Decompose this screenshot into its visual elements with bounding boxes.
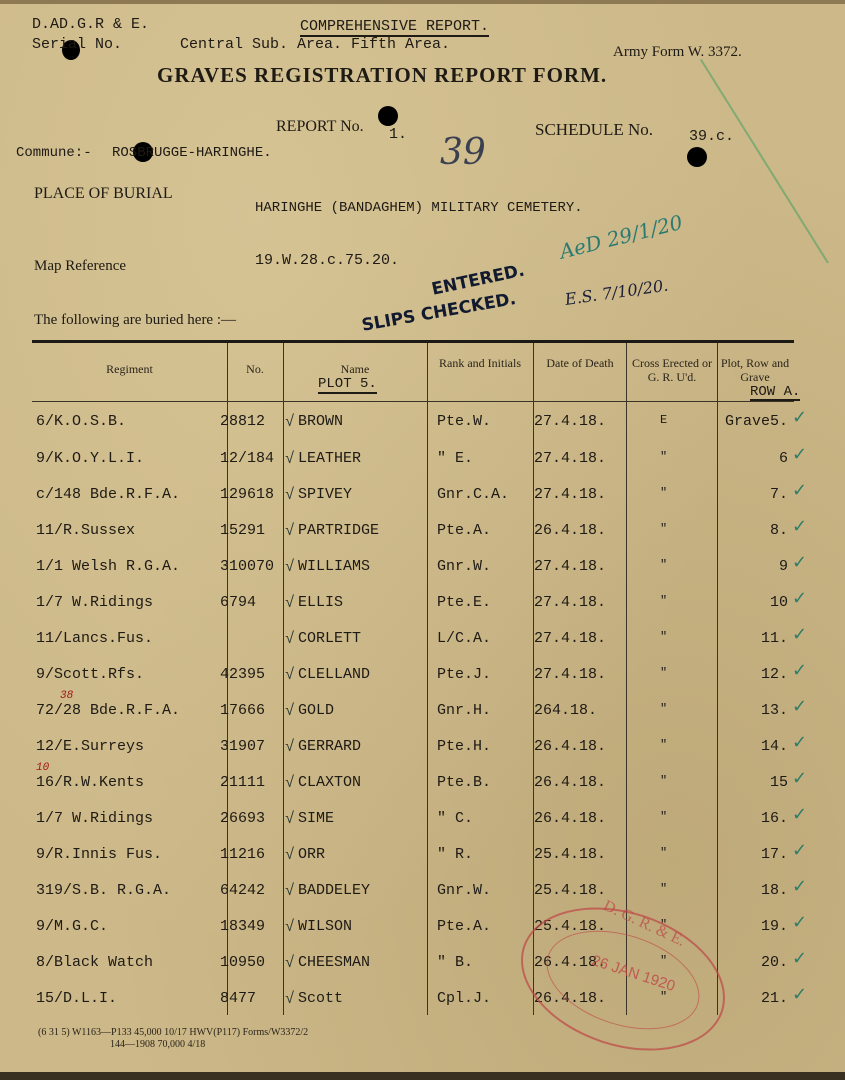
report-no-label: REPORT No.	[276, 118, 364, 136]
cell-regiment: 6/K.O.S.B.	[36, 413, 126, 430]
cell-rank: Pte.W.	[437, 413, 491, 430]
cell-rank: " B.	[437, 954, 473, 971]
cell-name: CORLETT	[298, 630, 361, 647]
cell-regiment: 12/E.Surreys	[36, 738, 144, 755]
cell-date: 25.4.18.	[534, 882, 606, 899]
commune: ROSBRUGGE-HARINGHE.	[112, 145, 272, 161]
cell-date: 26.4.18.	[534, 810, 606, 827]
cell-date: 27.4.18.	[534, 450, 606, 467]
check-mark-icon: √	[285, 990, 295, 1008]
check-mark-icon: √	[285, 630, 295, 648]
cell-grave: 8.	[720, 522, 788, 539]
form-title: GRAVES REGISTRATION REPORT FORM.	[157, 63, 607, 88]
cell-regiment: 16/R.W.Kents	[36, 774, 144, 791]
cell-name: WILSON	[298, 918, 352, 935]
cell-grave: Grave5.	[720, 413, 788, 430]
check-mark-icon: ✓	[792, 516, 807, 537]
cell-rank: L/C.A.	[437, 630, 491, 647]
cell-service-no: 31907	[220, 738, 265, 755]
cell-service-no: 10950	[220, 954, 265, 971]
check-mark-icon: ✓	[792, 876, 807, 897]
cell-rank: Pte.A.	[437, 918, 491, 935]
check-mark-icon: √	[285, 810, 295, 828]
map-reference-label: Map Reference	[34, 258, 126, 275]
check-mark-icon: √	[285, 702, 295, 720]
cell-date: 27.4.18.	[534, 666, 606, 683]
serial-label: Serial No.	[32, 36, 122, 53]
check-mark-icon: √	[285, 882, 295, 900]
report-type: COMPREHENSIVE REPORT.	[300, 18, 489, 37]
check-mark-icon: ✓	[792, 984, 807, 1005]
column-divider	[717, 343, 718, 1015]
check-mark-icon: ✓	[792, 696, 807, 717]
cell-service-no: 64242	[220, 882, 265, 899]
cell-cross: "	[660, 450, 667, 464]
check-mark-icon: ✓	[792, 407, 807, 428]
cell-name: BROWN	[298, 413, 343, 430]
cell-cross: "	[660, 666, 667, 680]
cell-cross: "	[660, 630, 667, 644]
place-of-burial-label: PLACE OF BURIAL	[34, 185, 173, 203]
plot-label: PLOT 5.	[318, 376, 377, 394]
cell-date: 27.4.18.	[534, 413, 606, 430]
regiment-correction: 10	[36, 762, 49, 774]
cell-date: 264.18.	[534, 702, 597, 719]
cell-rank: Pte.E.	[437, 594, 491, 611]
cell-service-no: 8477	[220, 990, 256, 1007]
cell-rank: Pte.H.	[437, 738, 491, 755]
cell-service-no: 18349	[220, 918, 265, 935]
cell-name: LEATHER	[298, 450, 361, 467]
check-mark-icon: ✓	[792, 840, 807, 861]
cell-grave: 10	[720, 594, 788, 611]
cell-date: 27.4.18.	[534, 486, 606, 503]
table-header-rule	[32, 401, 794, 402]
place-of-burial: HARINGHE (BANDAGHEM) MILITARY CEMETERY.	[255, 200, 583, 216]
cell-grave: 12.	[720, 666, 788, 683]
check-mark-icon: ✓	[792, 588, 807, 609]
cell-name: PARTRIDGE	[298, 522, 379, 539]
cell-service-no: 26693	[220, 810, 265, 827]
column-divider	[427, 343, 428, 1015]
cell-regiment: 11/R.Sussex	[36, 522, 135, 539]
cell-regiment: 15/D.L.I.	[36, 990, 117, 1007]
cell-name: BADDELEY	[298, 882, 370, 899]
column-header-no: No.	[227, 362, 283, 376]
office-code: D.AD.G.R & E.	[32, 16, 149, 33]
cell-name: SIME	[298, 810, 334, 827]
cell-date: 25.4.18.	[534, 846, 606, 863]
cell-service-no: 129618	[220, 486, 274, 503]
cell-grave: 11.	[720, 630, 788, 647]
cell-service-no: 12/184	[220, 450, 274, 467]
cell-grave: 6	[720, 450, 788, 467]
cell-grave: 16.	[720, 810, 788, 827]
printer-line-1: (6 31 5) W1163—P133 45,000 10/17 HWV(P11…	[38, 1027, 308, 1038]
check-mark-icon: √	[285, 738, 295, 756]
cell-cross: "	[660, 882, 667, 896]
check-mark-icon: √	[285, 774, 295, 792]
handwritten-number: 39	[440, 132, 486, 173]
cell-cross: "	[660, 522, 667, 536]
cell-rank: Pte.B.	[437, 774, 491, 791]
cell-grave: 17.	[720, 846, 788, 863]
cell-rank: Pte.J.	[437, 666, 491, 683]
cell-rank: " R.	[437, 846, 473, 863]
cell-name: CHEESMAN	[298, 954, 370, 971]
check-mark-icon: ✓	[792, 948, 807, 969]
cell-date: 26.4.18.	[534, 774, 606, 791]
punch-hole-icon	[378, 106, 398, 126]
check-mark-icon: √	[285, 594, 295, 612]
cell-name: SPIVEY	[298, 486, 352, 503]
check-mark-icon: √	[285, 954, 295, 972]
cell-name: WILLIAMS	[298, 558, 370, 575]
cell-regiment: 1/7 W.Ridings	[36, 810, 153, 827]
cell-rank: Gnr.W.	[437, 882, 491, 899]
cell-service-no: 21111	[220, 774, 265, 791]
cell-date: 27.4.18.	[534, 558, 606, 575]
cell-service-no: 11216	[220, 846, 265, 863]
cell-rank: Gnr.C.A.	[437, 486, 509, 503]
check-mark-icon: ✓	[792, 804, 807, 825]
cell-grave: 15	[720, 774, 788, 791]
check-mark-icon: √	[285, 666, 295, 684]
cell-name: Scott	[298, 990, 343, 1007]
cell-regiment: 11/Lancs.Fus.	[36, 630, 153, 647]
check-mark-icon: ✓	[792, 912, 807, 933]
cell-regiment: 1/7 W.Ridings	[36, 594, 153, 611]
check-mark-icon: √	[285, 558, 295, 576]
paper-background	[0, 0, 845, 1080]
check-mark-icon: ✓	[792, 480, 807, 501]
cell-cross: "	[660, 486, 667, 500]
cell-date: 26.4.18.	[534, 522, 606, 539]
column-divider	[283, 343, 284, 1015]
check-mark-icon: ✓	[792, 444, 807, 465]
cell-cross: "	[660, 594, 667, 608]
cell-grave: 13.	[720, 702, 788, 719]
check-mark-icon: ✓	[792, 732, 807, 753]
cell-service-no: 17666	[220, 702, 265, 719]
punch-hole-icon	[687, 147, 707, 167]
army-form-number: Army Form W. 3372.	[613, 44, 742, 61]
schedule-no: 39.c.	[689, 128, 734, 145]
column-header-grave: Plot, Row and Grave	[720, 356, 790, 384]
cell-grave: 14.	[720, 738, 788, 755]
cell-grave: 20.	[720, 954, 788, 971]
cell-regiment: 9/K.O.Y.L.I.	[36, 450, 144, 467]
column-header-rank: Rank and Initials	[435, 356, 525, 370]
check-mark-icon: √	[285, 918, 295, 936]
cell-name: GOLD	[298, 702, 334, 719]
cell-grave: 21.	[720, 990, 788, 1007]
map-reference: 19.W.28.c.75.20.	[255, 252, 399, 269]
check-mark-icon: ✓	[792, 660, 807, 681]
cell-cross: "	[660, 558, 667, 572]
cell-rank: " E.	[437, 450, 473, 467]
cell-regiment: 8/Black Watch	[36, 954, 153, 971]
check-mark-icon: √	[285, 413, 295, 431]
cell-service-no: 6794	[220, 594, 256, 611]
cell-regiment: 319/S.B. R.G.A.	[36, 882, 171, 899]
cell-date: 26.4.18.	[534, 738, 606, 755]
cell-cross: "	[660, 846, 667, 860]
paper-edge-bottom	[0, 1072, 845, 1080]
check-mark-icon: ✓	[792, 624, 807, 645]
schedule-label: SCHEDULE No.	[535, 120, 653, 140]
cell-service-no: 42395	[220, 666, 265, 683]
row-label: ROW A.	[750, 386, 800, 401]
cell-name: ELLIS	[298, 594, 343, 611]
printer-line-2: 144—1908 70,000 4/18	[110, 1039, 205, 1050]
cell-cross: E	[660, 413, 667, 427]
report-no: 1.	[389, 126, 407, 143]
cell-regiment: 9/Scott.Rfs.	[36, 666, 144, 683]
buried-here-label: The following are buried here :—	[34, 312, 236, 329]
cell-service-no: 28812	[220, 413, 265, 430]
commune-label: Commune:-	[16, 145, 92, 161]
column-header-regiment: Regiment	[32, 362, 227, 376]
cell-date: 27.4.18.	[534, 594, 606, 611]
cell-cross: "	[660, 810, 667, 824]
cell-grave: 9	[720, 558, 788, 575]
cell-regiment: 9/R.Innis Fus.	[36, 846, 162, 863]
check-mark-icon: ✓	[792, 552, 807, 573]
cell-rank: Gnr.H.	[437, 702, 491, 719]
cell-regiment: 9/M.G.C.	[36, 918, 108, 935]
cell-rank: Gnr.W.	[437, 558, 491, 575]
cell-service-no: 310070	[220, 558, 274, 575]
area: Central Sub. Area. Fifth Area.	[180, 36, 450, 53]
paper-edge-top	[0, 0, 845, 4]
cell-name: ORR	[298, 846, 325, 863]
cell-regiment: 1/1 Welsh R.G.A.	[36, 558, 180, 575]
check-mark-icon: √	[285, 450, 295, 468]
cell-grave: 18.	[720, 882, 788, 899]
cell-date: 27.4.18.	[534, 630, 606, 647]
check-mark-icon: √	[285, 846, 295, 864]
table-top-rule	[32, 340, 794, 343]
cell-cross: "	[660, 738, 667, 752]
cell-name: GERRARD	[298, 738, 361, 755]
cell-grave: 7.	[720, 486, 788, 503]
column-header-date: Date of Death	[540, 356, 620, 370]
cell-service-no: 15291	[220, 522, 265, 539]
check-mark-icon: ✓	[792, 768, 807, 789]
check-mark-icon: √	[285, 486, 295, 504]
column-header-name: Name	[283, 362, 427, 376]
cell-name: CLAXTON	[298, 774, 361, 791]
check-mark-icon: √	[285, 522, 295, 540]
cell-grave: 19.	[720, 918, 788, 935]
cell-name: CLELLAND	[298, 666, 370, 683]
cell-regiment: 72/28 Bde.R.F.A.	[36, 702, 180, 719]
column-header-cross: Cross Erected or G. R. U'd.	[627, 356, 717, 384]
cell-rank: Cpl.J.	[437, 990, 491, 1007]
regiment-correction: 38	[60, 690, 73, 702]
cell-regiment: c/148 Bde.R.F.A.	[36, 486, 180, 503]
cell-cross: "	[660, 774, 667, 788]
cell-rank: Pte.A.	[437, 522, 491, 539]
cell-rank: " C.	[437, 810, 473, 827]
cell-cross: "	[660, 702, 667, 716]
